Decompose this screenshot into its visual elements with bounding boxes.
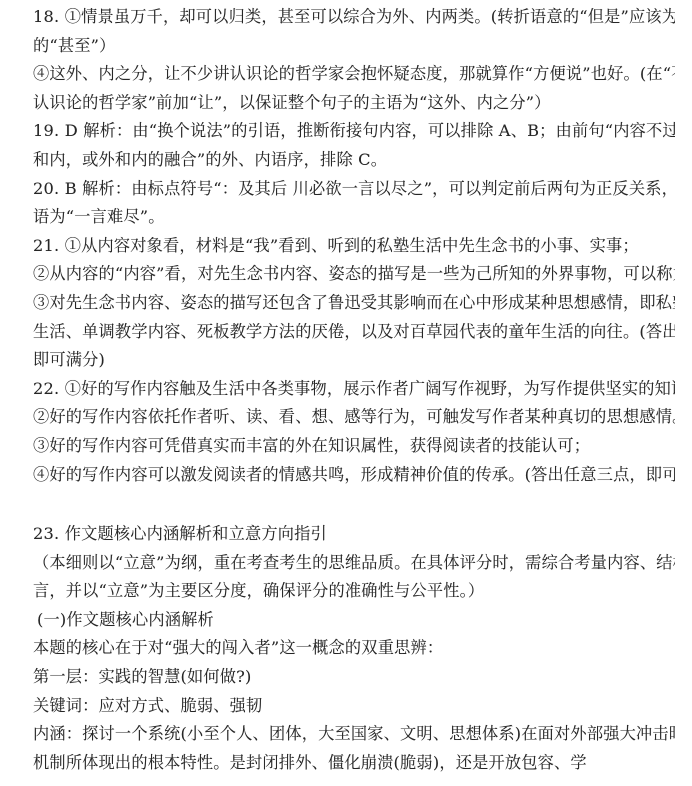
text-line: ②好的写作内容依托作者听、读、看、想、感等行为，可触发写作者某种真切的思想感情。 [33,403,675,432]
subsection-heading: (一)作文题核心内涵解析 [33,606,675,635]
text-line: 19. D 解析：由“换个说法”的引语，推断衔接句内容，可以排除 A、B；由前句… [33,117,675,146]
text-line: 本题的核心在于对“强大的闯入者”这一概念的双重思辨： [33,634,675,663]
text-line: 关键词：应对方式、脆弱、强韧 [33,692,675,721]
text-line: 内涵：探讨一个系统(小至个人、团体，大至国家、文明、思想体系)在面对外部强大冲击… [33,720,675,749]
text-line: 认识论的哲学家”前加“让”，以保证整个句子的主语为“这外、内之分”） [33,89,675,118]
text-line: ④这外、内之分，让不少讲认识论的哲学家会抱怀疑态度，那就算作“方便说”也好。(在… [33,60,675,89]
section-heading: 23. 作文题核心内涵解析和立意方向指引 [33,520,675,549]
text-line: 语为“一言难尽”。 [33,203,675,232]
text-line: ③好的写作内容可凭借真实而丰富的外在知识属性，获得阅读者的技能认可； [33,432,675,461]
text-line: 言，并以“立意”为主要区分度，确保评分的准确性与公平性。） [33,577,675,606]
text-line: 即可满分) [33,346,675,375]
answer-19: 19. D 解析：由“换个说法”的引语，推断衔接句内容，可以排除 A、B；由前句… [33,117,675,174]
text-line: ③对先生念书内容、姿态的描写还包含了鲁迅受其影响而在心中形成某种思想感情，即私塾… [33,289,675,318]
text-line: ④好的写作内容可以激发阅读者的情感共鸣，形成精神价值的传承。(答出任意三点，即可… [33,461,675,490]
text-line: 18. ①情景虽万千，却可以归类，甚至可以综合为外、内两类。(转折语意的“但是”… [33,3,675,32]
text-line: 和内，或外和内的融合”的外、内语序，排除 C。 [33,146,675,175]
text-line: 22. ①好的写作内容触及生活中各类事物，展示作者广阔写作视野，为写作提供坚实的… [33,375,675,404]
text-line: 20. B 解析：由标点符号“：及其后 川必欲一言以尽之”，可以判定前后两句为正… [33,175,675,204]
answer-key-document: 18. ①情景虽万千，却可以归类，甚至可以综合为外、内两类。(转折语意的“但是”… [33,3,675,777]
text-line: 机制所体现出的根本特性。是封闭排外、僵化崩溃(脆弱)，还是开放包容、学 [33,749,675,778]
text-line: 21. ①从内容对象看，材料是“我”看到、听到的私塾生活中先生念书的小事、实事； [33,232,675,261]
section-spacer [33,489,675,520]
answer-18: 18. ①情景虽万千，却可以归类，甚至可以综合为外、内两类。(转折语意的“但是”… [33,3,675,117]
text-line: （本细则以“立意”为纲，重在考查考生的思维品质。在具体评分时，需综合考量内容、结… [33,549,675,578]
answer-21: 21. ①从内容对象看，材料是“我”看到、听到的私塾生活中先生念书的小事、实事；… [33,232,675,375]
text-line: 生活、单调教学内容、死板教学方法的厌倦，以及对百草园代表的童年生活的向往。(答出… [33,318,675,347]
text-line: 的“甚至”） [33,32,675,61]
answer-20: 20. B 解析：由标点符号“：及其后 川必欲一言以尽之”，可以判定前后两句为正… [33,175,675,232]
text-line: ②从内容的“内容”看，对先生念书内容、姿态的描写是一些为己所知的外界事物，可以称… [33,260,675,289]
text-line: 第一层：实践的智慧(如何做?) [33,663,675,692]
answer-22: 22. ①好的写作内容触及生活中各类事物，展示作者广阔写作视野，为写作提供坚实的… [33,375,675,489]
answer-23: 23. 作文题核心内涵解析和立意方向指引 （本细则以“立意”为纲，重在考查考生的… [33,520,675,777]
